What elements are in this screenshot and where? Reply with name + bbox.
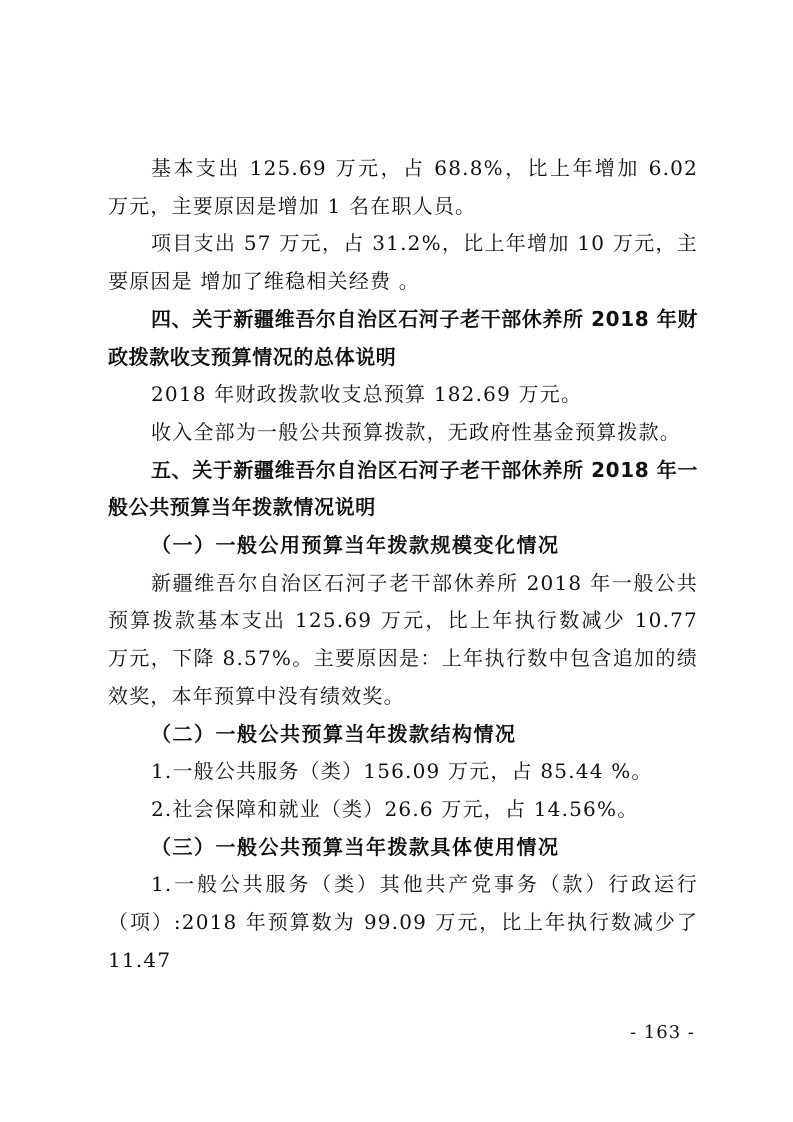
paragraph-specific-use: 1.一般公共服务（类）其他共产党事务（款）行政运行（项）:2018 年预算数为 … — [108, 866, 698, 979]
paragraph-project-expenditure: 项目支出 57 万元，占 31.2%，比上年增加 10 万元，主要原因是 增加了… — [108, 225, 698, 300]
document-page: 基本支出 125.69 万元，占 68.8%，比上年增加 6.02 万元，主要原… — [108, 150, 698, 979]
subheading-1: （一）一般公用预算当年拨款规模变化情况 — [108, 527, 698, 565]
paragraph-income-source: 收入全部为一般公共预算拨款，无政府性基金预算拨款。 — [108, 414, 698, 452]
page-number: - 163 - — [630, 1022, 695, 1043]
paragraph-total-budget: 2018 年财政拨款收支总预算 182.69 万元。 — [108, 376, 698, 414]
subheading-3: （三）一般公共预算当年拨款具体使用情况 — [108, 829, 698, 867]
section-heading-5: 五、关于新疆维吾尔自治区石河子老干部休养所 2018 年一般公共预算当年拨款情况… — [108, 452, 698, 527]
section-heading-4: 四、关于新疆维吾尔自治区石河子老干部休养所 2018 年财政拨款收支预算情况的总… — [108, 301, 698, 376]
list-item-social-security: 2.社会保障和就业（类）26.6 万元，占 14.56%。 — [108, 791, 698, 829]
list-item-public-services: 1.一般公共服务（类）156.09 万元，占 85.44 %。 — [108, 753, 698, 791]
subheading-2: （二）一般公共预算当年拨款结构情况 — [108, 716, 698, 754]
paragraph-basic-expenditure: 基本支出 125.69 万元，占 68.8%，比上年增加 6.02 万元，主要原… — [108, 150, 698, 225]
paragraph-scale-change: 新疆维吾尔自治区石河子老干部休养所 2018 年一般公共预算拨款基本支出 125… — [108, 565, 698, 716]
